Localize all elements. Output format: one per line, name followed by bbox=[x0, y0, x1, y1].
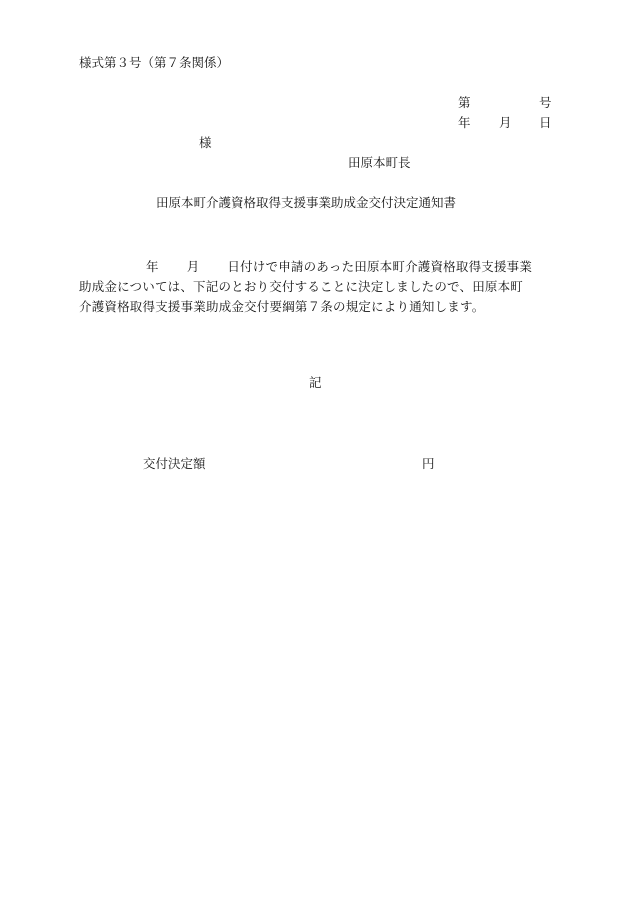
addressee-suffix: 様 bbox=[199, 137, 212, 150]
date-year: 年 bbox=[458, 117, 471, 130]
ki-heading: 記 bbox=[309, 377, 322, 390]
body-line-1-text: 日付けで申請のあった田原本町介護資格取得支援事業 bbox=[227, 259, 532, 274]
body-line-1: 年月日付けで申請のあった田原本町介護資格取得支援事業 bbox=[79, 257, 559, 277]
body-year: 年 bbox=[146, 259, 159, 274]
date-month: 月 bbox=[499, 117, 512, 130]
amount-label: 交付決定額 bbox=[143, 458, 206, 471]
document-title: 田原本町介護資格取得支援事業助成金交付決定通知書 bbox=[156, 197, 456, 210]
form-number: 様式第３号（第７条関係） bbox=[79, 57, 229, 70]
body-line-3: 介護資格取得支援事業助成金交付要綱第７条の規定により通知します。 bbox=[79, 297, 559, 317]
amount-unit: 円 bbox=[422, 458, 435, 471]
body-paragraph: 年月日付けで申請のあった田原本町介護資格取得支援事業 助成金については、下記のと… bbox=[79, 257, 559, 317]
sender-name: 田原本町長 bbox=[348, 157, 411, 170]
body-month: 月 bbox=[187, 259, 200, 274]
date-day: 日 bbox=[539, 117, 552, 130]
body-line-2: 助成金については、下記のとおり交付することに決定しましたので、田原本町 bbox=[79, 277, 559, 297]
reference-go: 号 bbox=[539, 97, 552, 110]
reference-dai: 第 bbox=[458, 97, 471, 110]
